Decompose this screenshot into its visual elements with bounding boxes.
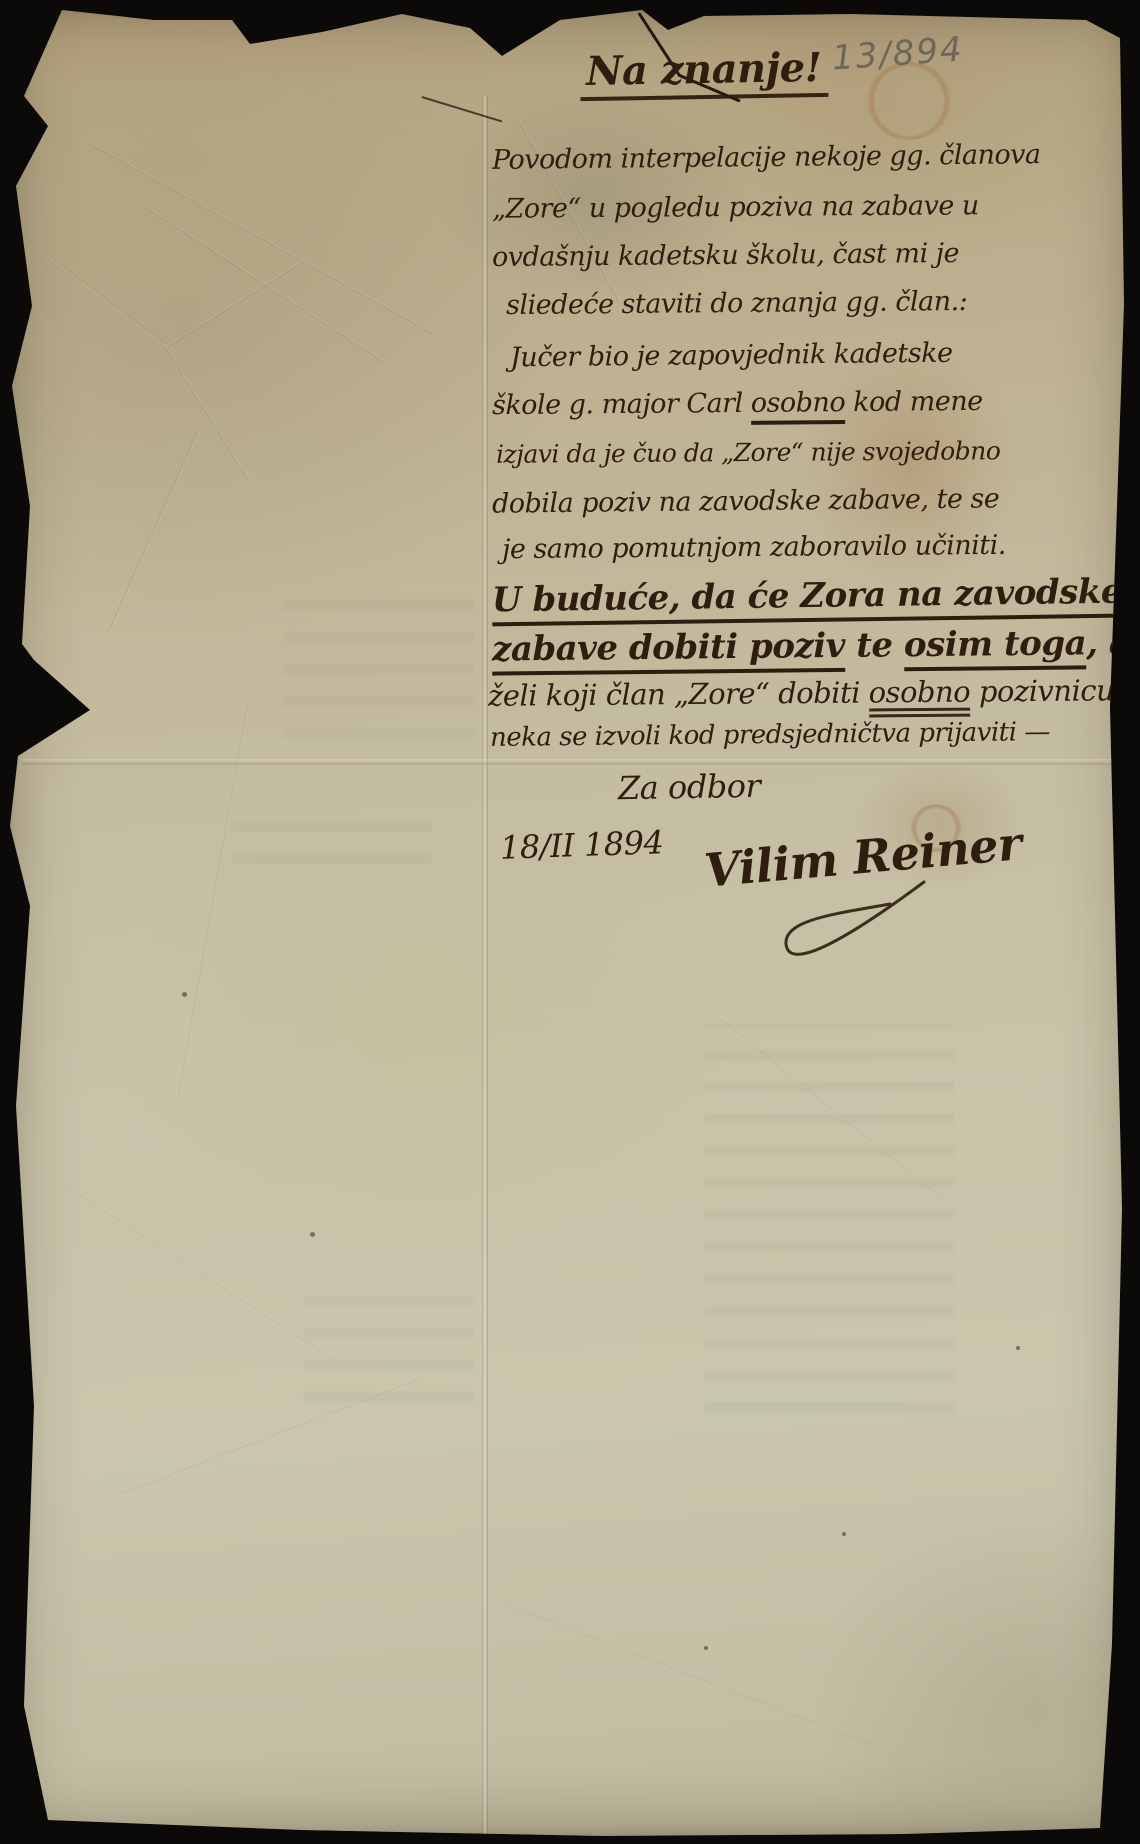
photo-background: 13/894 Na znanje! Povodom interpelacije … <box>0 0 1140 1844</box>
handwritten-line-underlined: U buduće, da će Zora na zavodske <box>492 572 1123 627</box>
handwritten-line: Jučer bio je zapovjednik kadetske <box>510 338 953 374</box>
handwritten-line: izjavi da je čuo da „Zore“ nije svojedob… <box>496 436 1001 469</box>
handwritten-line: dobila poziv na zavodske zabave, te se <box>492 483 1000 519</box>
ink-speck <box>842 1532 846 1536</box>
crease-line <box>46 254 167 346</box>
signature: Vilim Reiner <box>702 816 1023 898</box>
crease-line <box>164 346 249 481</box>
crease-line <box>89 142 433 334</box>
crease-line <box>108 429 200 633</box>
document-title: Na znanje! <box>580 44 829 101</box>
line-segment: škole g. major Carl <box>492 388 751 421</box>
crease-line <box>139 202 385 363</box>
document-date: 18/II 1894 <box>499 823 664 867</box>
underlined-segment: zabave dobiti poziv <box>492 626 845 676</box>
bleed-through-text <box>232 816 432 886</box>
closing-phrase: Za odbor <box>618 767 761 807</box>
handwritten-line: zabave dobiti poziv te osim toga, ako <box>492 622 1140 669</box>
ink-speck <box>310 1232 315 1237</box>
ink-speck <box>1016 1346 1020 1350</box>
document-paper: 13/894 Na znanje! Povodom interpelacije … <box>4 4 1136 1840</box>
line-segment: želi koji član „Zore“ dobiti <box>488 675 869 712</box>
handwritten-line: želi koji član „Zore“ dobiti osobno pozi… <box>488 673 1123 713</box>
double-underlined-word: osobno <box>868 675 970 718</box>
bleed-through-text <box>304 1284 474 1424</box>
bleed-through-text <box>284 600 474 760</box>
ink-speck <box>182 992 187 997</box>
handwritten-line: je samo pomutnjom zaboravilo učiniti. <box>502 530 1006 565</box>
line-segment: , ako <box>1086 622 1140 663</box>
bleed-through-text <box>704 1024 954 1434</box>
crease-line <box>178 700 250 1100</box>
ink-speck <box>704 1646 708 1650</box>
handwritten-line: ovdašnju kadetsku školu, čast mi je <box>492 238 959 273</box>
paper-crack <box>421 96 502 122</box>
handwritten-line: škole g. major Carl osobno kod mene <box>492 386 983 421</box>
underlined-segment: osim toga <box>904 623 1087 671</box>
line-segment: kod mene <box>845 386 983 418</box>
underlined-word: osobno <box>751 387 846 425</box>
line-segment: te <box>845 625 904 666</box>
handwritten-line: „Zore“ u pogledu poziva na zabave u <box>492 190 979 224</box>
horizontal-fold-line <box>22 759 1114 765</box>
crease-line <box>59 1180 340 1364</box>
crease-line <box>699 1000 949 1203</box>
line-segment: pozivnicu, <box>970 673 1123 708</box>
archival-number: 13/894 <box>831 29 965 78</box>
handwritten-line: sliedeće staviti do znanja gg. član.: <box>506 286 968 321</box>
vertical-fold-line <box>482 96 488 1836</box>
crease-line <box>166 261 303 347</box>
crease-line <box>249 60 471 160</box>
crease-line <box>499 1600 899 1755</box>
handwritten-line: Povodom interpelacije nekoje gg. članova <box>492 139 1041 176</box>
handwritten-line: neka se izvoli kod predsjedničtva prijav… <box>490 717 1050 753</box>
crease-line <box>100 1377 420 1501</box>
